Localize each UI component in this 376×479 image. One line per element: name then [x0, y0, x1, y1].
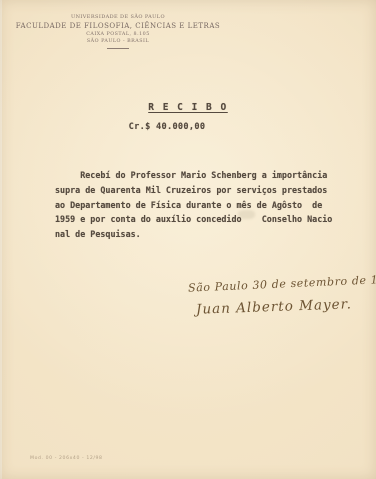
form-number-footer: Mod. 00 - 206x40 - 12/98 — [30, 456, 103, 461]
body-line: supra de Quarenta Mil Cruzeiros por serv… — [55, 183, 335, 198]
letterhead-university: UNIVERSIDADE DE SÃO PAULO — [0, 13, 236, 21]
body-line: Recebí do Professor Mario Schenberg a im… — [55, 168, 335, 183]
scanned-receipt-page: UNIVERSIDADE DE SÃO PAULO FACULDADE DE F… — [0, 0, 376, 479]
letterhead-caixa-postal: CAIXA POSTAL, 8.105 — [0, 31, 236, 38]
letterhead-rule — [107, 48, 129, 49]
erasure-smudge — [238, 210, 255, 219]
receipt-body: Recebí do Professor Mario Schenberg a im… — [55, 168, 335, 242]
letterhead-city: SÃO PAULO - BRASIL — [0, 38, 236, 45]
letterhead: UNIVERSIDADE DE SÃO PAULO FACULDADE DE F… — [0, 13, 236, 49]
body-line: ao Departamento de Física durante o mês … — [55, 198, 335, 213]
handwritten-date: São Paulo 30 de setembro de 1959 — [188, 272, 376, 294]
receipt-title: R E C I B O — [0, 102, 376, 113]
receipt-amount: Cr.$ 40.000,00 — [0, 122, 334, 132]
letterhead-faculty: FACULDADE DE FILOSOFIA, CIÊNCIAS E LETRA… — [0, 21, 236, 31]
handwritten-signature: Juan Alberto Mayer. — [196, 296, 352, 317]
body-line: nal de Pesquisas. — [55, 227, 335, 242]
body-line: 1959 e por conta do auxílio concedido Co… — [55, 212, 335, 227]
